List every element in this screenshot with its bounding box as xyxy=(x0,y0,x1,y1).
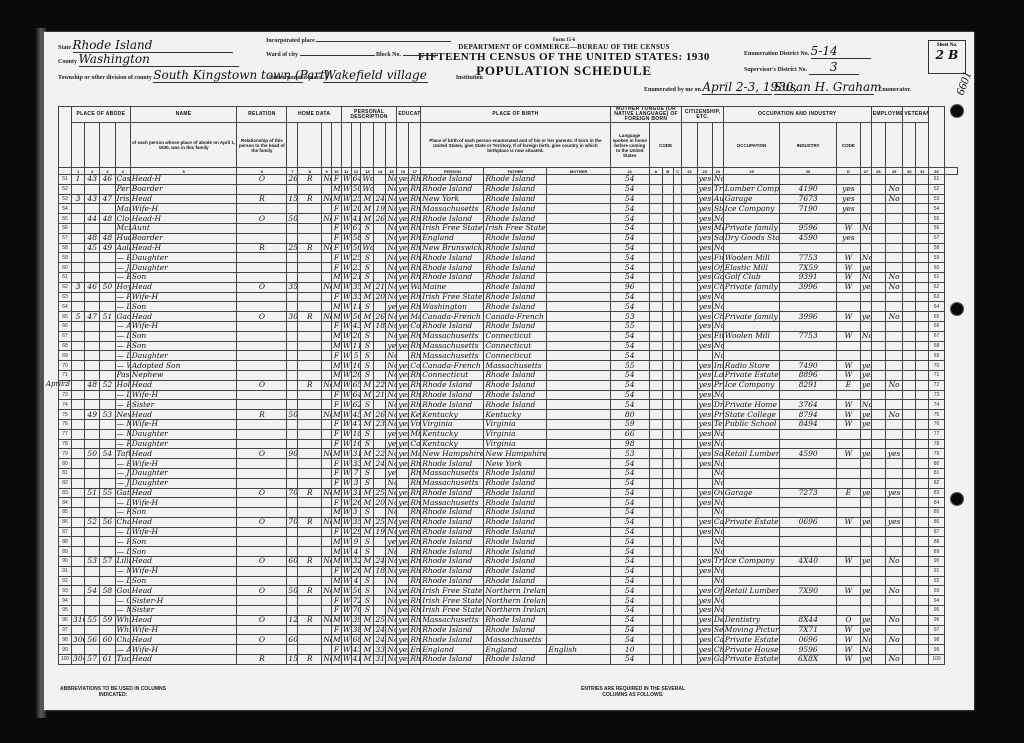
cell-fam xyxy=(85,596,100,606)
cell-occode xyxy=(780,478,837,488)
cell-race: W xyxy=(341,459,351,469)
empty-cell xyxy=(903,498,916,508)
cell-ms: M xyxy=(361,282,374,292)
cell-sex: F xyxy=(332,390,342,400)
cell-occ: Carpenter xyxy=(712,517,723,527)
empty-cell xyxy=(871,498,885,508)
empty-cell xyxy=(662,566,673,576)
cell-fam: 57 xyxy=(85,655,100,665)
cell-farm: No xyxy=(322,312,332,322)
cell-emp: yes xyxy=(697,596,712,606)
cell-v: 59 xyxy=(100,615,115,625)
cell-vet xyxy=(885,498,902,508)
cell-ms: M xyxy=(361,488,374,498)
cell-occ: None xyxy=(712,498,723,508)
cell-fam xyxy=(85,527,100,537)
empty-cell xyxy=(662,331,673,341)
cell-line-right: 81 xyxy=(929,468,944,478)
cell-agem xyxy=(374,351,386,361)
col-desc-language: Language spoken in home before coming to… xyxy=(610,123,649,168)
cell-fam xyxy=(85,223,100,233)
cell-fbp: Rhode Island xyxy=(421,635,484,645)
cell-bp: Rhode Island xyxy=(409,625,421,635)
cell-race: W xyxy=(341,214,351,224)
cell-sex: F xyxy=(332,419,342,429)
empty-cell xyxy=(649,272,662,282)
cell-vet xyxy=(885,292,902,302)
cell-race: W xyxy=(341,302,351,312)
cell-ind: Moving Pictures xyxy=(723,625,780,635)
cell-name: — Pierce B. xyxy=(115,537,130,547)
cell-age: 62 xyxy=(351,400,361,410)
cell-work xyxy=(836,214,860,224)
cell-read: yes xyxy=(397,253,409,263)
cell-occode: 7273 xyxy=(780,488,837,498)
empty-cell xyxy=(903,596,916,606)
cell-work xyxy=(836,596,860,606)
cell-line-right: 65 xyxy=(929,312,944,322)
cell-ind: Dry Goods Store xyxy=(723,233,780,243)
cell-line: 98 xyxy=(59,635,72,645)
cell-lang xyxy=(547,537,610,547)
cell-occ: Secretary xyxy=(712,625,723,635)
table-row: 95— Mary A.SisterFW70SNoyesRhode IslandI… xyxy=(59,606,958,616)
cell-mbp: Rhode Island xyxy=(484,282,547,292)
cell-line-right: 59 xyxy=(929,253,944,263)
cell-line-right: 66 xyxy=(929,321,944,331)
cell-age: 38 xyxy=(351,625,361,635)
empty-cell xyxy=(662,606,673,616)
cell-radio xyxy=(298,606,322,616)
empty-cell xyxy=(662,488,673,498)
cell-unemp xyxy=(860,184,871,194)
cell-code: 54 xyxy=(610,253,649,263)
cell-work: W xyxy=(836,410,860,420)
cell-line-right: 78 xyxy=(929,439,944,449)
cell-race: W xyxy=(341,370,351,380)
cell-sch: No xyxy=(386,547,397,557)
cell-occode: 8896 xyxy=(780,370,837,380)
cell-own: O xyxy=(237,449,287,459)
cell-emp: yes xyxy=(697,223,712,233)
cell-age: 3 1/2 xyxy=(351,508,361,518)
cell-race: W xyxy=(341,341,351,351)
cell-mbp: Canada-French xyxy=(484,312,547,322)
empty-cell xyxy=(682,439,697,449)
cell-name: — Dale R. xyxy=(115,547,130,557)
cell-emp: yes xyxy=(697,361,712,371)
cell-sex: F xyxy=(332,223,342,233)
cell-occ: None xyxy=(712,527,723,537)
cell-vet xyxy=(885,370,902,380)
cell-occode xyxy=(780,390,837,400)
cell-sch: yes xyxy=(386,341,397,351)
cell-ms: M xyxy=(361,204,374,214)
cell-radio xyxy=(298,527,322,537)
empty-cell xyxy=(916,214,929,224)
empty-cell xyxy=(673,341,682,351)
cell-race: W xyxy=(341,380,351,390)
cell-read: yes xyxy=(397,204,409,214)
cell-code: 54 xyxy=(610,517,649,527)
empty-cell xyxy=(682,429,697,439)
cell-unemp xyxy=(860,439,871,449)
cell-line: 53 xyxy=(59,194,72,204)
cell-own xyxy=(237,341,287,351)
cell-ms: S xyxy=(361,596,374,606)
empty-cell xyxy=(903,272,916,282)
cell-lang xyxy=(547,175,610,185)
cell-fbp: Rhode Island xyxy=(421,566,484,576)
cell-work xyxy=(836,243,860,253)
cell-vet: No xyxy=(885,635,902,645)
cell-farm: No xyxy=(322,449,332,459)
cell-line-right: 86 xyxy=(929,517,944,527)
empty-cell xyxy=(662,449,673,459)
cell-radio xyxy=(298,566,322,576)
cell-code: 54 xyxy=(610,468,649,478)
empty-cell xyxy=(903,223,916,233)
cell-mbp: Rhode Island xyxy=(484,184,547,194)
cell-ms: M xyxy=(361,498,374,508)
cell-age: 64 xyxy=(351,175,361,185)
cell-farm xyxy=(322,478,332,488)
empty-cell xyxy=(916,223,929,233)
empty-cell xyxy=(682,527,697,537)
cell-farm xyxy=(322,527,332,537)
cell-own xyxy=(237,390,287,400)
empty-cell xyxy=(649,351,662,361)
cell-ms: S xyxy=(361,253,374,263)
empty-cell xyxy=(903,243,916,253)
cell-code: 66 xyxy=(610,429,649,439)
empty-cell xyxy=(903,351,916,361)
cell-val xyxy=(287,537,298,547)
cell-occ: None xyxy=(712,341,723,351)
empty-cell xyxy=(649,488,662,498)
cell-dw xyxy=(72,547,85,557)
cell-work: W xyxy=(836,586,860,596)
cell-age: 3 xyxy=(351,478,361,488)
cell-v xyxy=(100,508,115,518)
empty-cell xyxy=(649,566,662,576)
table-row: 52Perry Louis C.BoarderMW50WdNoyesRhode … xyxy=(59,184,958,194)
cell-work: W xyxy=(836,272,860,282)
cell-race: W xyxy=(341,439,351,449)
cell-code: 54 xyxy=(610,390,649,400)
cell-line: 90 xyxy=(59,557,72,567)
cell-line-right: 91 xyxy=(929,566,944,576)
empty-cell xyxy=(871,606,885,616)
cell-ms: M xyxy=(361,615,374,625)
cell-mbp: Rhode Island xyxy=(484,566,547,576)
cell-vet xyxy=(885,233,902,243)
cell-occ: Saleswoman xyxy=(712,233,723,243)
cell-sch: No xyxy=(386,223,397,233)
cell-ind: Private House xyxy=(723,645,780,655)
empty-cell xyxy=(871,439,885,449)
cell-dw xyxy=(72,429,85,439)
cell-ms: M xyxy=(361,419,374,429)
cell-agem: 20 xyxy=(374,498,386,508)
cell-age: 58 xyxy=(351,233,361,243)
cell-rel: Daughter xyxy=(130,253,237,263)
binder-hole xyxy=(950,492,964,506)
cell-bp: Rhode Island xyxy=(409,175,421,185)
empty-cell xyxy=(682,655,697,665)
cell-ms: S xyxy=(361,302,374,312)
cell-bp: Rhode Island xyxy=(409,223,421,233)
cell-mbp: Rhode Island xyxy=(484,478,547,488)
cell-fbp: Kentucky xyxy=(421,429,484,439)
cell-age: 16 xyxy=(351,361,361,371)
cell-val xyxy=(287,468,298,478)
cell-radio xyxy=(298,214,322,224)
cell-val xyxy=(287,341,298,351)
cell-agem xyxy=(374,184,386,194)
cell-bp: Rhode Island xyxy=(409,204,421,214)
cell-read: yes xyxy=(397,380,409,390)
cell-fbp: New Brunswick xyxy=(421,243,484,253)
table-row: 60— Josephine W.DaughterFW23SNoyesRhode … xyxy=(59,263,958,273)
cell-unemp: No xyxy=(860,635,871,645)
cell-sch: No xyxy=(386,576,397,586)
cell-v: 55 xyxy=(100,488,115,498)
col-group-citizenship: CITIZENSHIP, ETC. xyxy=(682,107,723,123)
cell-occode: 3996 xyxy=(780,282,837,292)
cell-line-right: 60 xyxy=(929,263,944,273)
cell-code: 53 xyxy=(610,449,649,459)
cell-own xyxy=(237,498,287,508)
cell-code: 54 xyxy=(610,606,649,616)
empty-cell xyxy=(649,576,662,586)
cell-code: 80 xyxy=(610,410,649,420)
table-row: 795054Taft Richard C.HeadO9000NoMW31M22N… xyxy=(59,449,958,459)
cell-vet: No xyxy=(885,410,902,420)
empty-cell xyxy=(673,272,682,282)
cell-age: 20 xyxy=(351,204,361,214)
cell-line: 99 xyxy=(59,645,72,655)
cell-sch: yes xyxy=(386,537,397,547)
cell-name: — Dorothy P. xyxy=(115,527,130,537)
cell-own xyxy=(237,527,287,537)
empty-cell xyxy=(682,400,697,410)
cell-dw: 3 xyxy=(72,282,85,292)
cell-work: W xyxy=(836,625,860,635)
cell-race: W xyxy=(341,223,351,233)
cell-farm: No xyxy=(322,175,332,185)
cell-dw xyxy=(72,321,85,331)
cell-emp: yes xyxy=(697,400,712,410)
cell-fam xyxy=(85,321,100,331)
cell-bp: Rhode Island xyxy=(409,635,421,645)
cell-ind xyxy=(723,596,780,606)
cell-ind: Elastic Mill xyxy=(723,263,780,273)
cell-rel: Head xyxy=(130,282,237,292)
cell-sex: M xyxy=(332,488,342,498)
cell-rel: Adopted Son xyxy=(130,361,237,371)
cell-radio: R xyxy=(298,615,322,625)
cell-work xyxy=(836,459,860,469)
empty-cell xyxy=(903,419,916,429)
cell-bp: Washington xyxy=(409,282,421,292)
cell-line: 100 xyxy=(59,655,72,665)
cell-rel: Son xyxy=(130,341,237,351)
margin-note-date: April 3 xyxy=(46,380,70,388)
cell-read: yes xyxy=(397,214,409,224)
cell-unemp: yes xyxy=(860,380,871,390)
cell-farm xyxy=(322,263,332,273)
cell-line-right: 92 xyxy=(929,576,944,586)
cell-mbp: Rhode Island xyxy=(484,263,547,273)
cell-ind: Public School xyxy=(723,419,780,429)
cell-read: yes xyxy=(397,272,409,282)
cell-radio xyxy=(298,547,322,557)
cell-line: 93 xyxy=(59,586,72,596)
empty-cell xyxy=(662,429,673,439)
cell-rel: Head xyxy=(130,557,237,567)
cell-rel: Daughter xyxy=(130,351,237,361)
cell-line: 54 xyxy=(59,204,72,214)
cell-fbp: Kentucky xyxy=(421,410,484,420)
cell-ind: Private Estate xyxy=(723,517,780,527)
cell-emp: yes xyxy=(697,272,712,282)
cell-unemp xyxy=(860,537,871,547)
cell-v: 49 xyxy=(100,243,115,253)
cell-rel: Wife-H xyxy=(130,625,237,635)
cell-val: 15 xyxy=(287,194,298,204)
cell-line-right: 93 xyxy=(929,586,944,596)
empty-cell xyxy=(903,390,916,400)
empty-cell xyxy=(916,253,929,263)
cell-val xyxy=(287,645,298,655)
cell-val xyxy=(287,253,298,263)
empty-cell xyxy=(916,429,929,439)
cell-v: 60 xyxy=(100,635,115,645)
cell-farm xyxy=(322,429,332,439)
cell-fbp: Rhode Island xyxy=(421,175,484,185)
empty-cell xyxy=(682,390,697,400)
cell-age: 39 xyxy=(351,615,361,625)
cell-line-right: 58 xyxy=(929,243,944,253)
cell-fam xyxy=(85,341,100,351)
cell-bp: Rhode Island xyxy=(409,390,421,400)
empty-cell xyxy=(871,400,885,410)
empty-cell xyxy=(871,184,885,194)
cell-fam xyxy=(85,351,100,361)
cell-emp: yes xyxy=(697,566,712,576)
cell-name: Perry Louis C. xyxy=(115,184,130,194)
cell-bp: Rhode Island xyxy=(409,253,421,263)
cell-agem: 33 xyxy=(374,645,386,655)
cell-agem: 24 xyxy=(374,625,386,635)
cell-val xyxy=(287,596,298,606)
empty-cell xyxy=(871,459,885,469)
cell-rel: Head xyxy=(130,380,237,390)
cell-own: O xyxy=(237,586,287,596)
cell-bp: Rhode Island xyxy=(409,537,421,547)
cell-occode: 4X40 xyxy=(780,557,837,567)
empty-cell xyxy=(871,204,885,214)
cell-ind: Garage xyxy=(723,194,780,204)
empty-cell xyxy=(903,410,916,420)
cell-lang xyxy=(547,508,610,518)
cell-agem xyxy=(374,302,386,312)
cell-farm xyxy=(322,625,332,635)
cell-read: yes xyxy=(397,263,409,273)
cell-line: 88 xyxy=(59,537,72,547)
cell-occ: Child Nurse xyxy=(712,645,723,655)
abbreviations-heading: ABBREVIATIONS TO BE USED IN COLUMNS INDI… xyxy=(58,686,168,698)
cell-emp xyxy=(697,547,712,557)
cell-fbp: Irish Free State xyxy=(421,606,484,616)
cell-fam: 49 xyxy=(85,410,100,420)
cell-agem xyxy=(374,253,386,263)
empty-cell xyxy=(673,557,682,567)
cell-line-right: 88 xyxy=(929,537,944,547)
cell-fbp: Rhode Island xyxy=(421,537,484,547)
cell-fam xyxy=(85,253,100,263)
cell-bp: Rhode Island xyxy=(409,468,421,478)
empty-cell xyxy=(871,429,885,439)
cell-fbp: England xyxy=(421,645,484,655)
cell-v: 46 xyxy=(100,175,115,185)
cell-line-right: 99 xyxy=(929,645,944,655)
cell-fam: 45 xyxy=(85,243,100,253)
cell-ind xyxy=(723,302,780,312)
empty-cell xyxy=(673,233,682,243)
empty-cell xyxy=(916,645,929,655)
empty-cell xyxy=(662,312,673,322)
cell-val: 6000 xyxy=(287,557,298,567)
form-title-block: Form 15-6 DEPARTMENT OF COMMERCE—BUREAU … xyxy=(404,38,724,79)
empty-cell xyxy=(916,390,929,400)
cell-bp: Connecticut xyxy=(409,321,421,331)
empty-cell xyxy=(903,263,916,273)
cell-val: 12000 xyxy=(287,615,298,625)
cell-dw xyxy=(72,223,85,233)
cell-fbp: Rhode Island xyxy=(421,517,484,527)
empty-cell xyxy=(649,645,662,655)
cell-vet xyxy=(885,459,902,469)
cell-line: 77 xyxy=(59,429,72,439)
empty-cell xyxy=(682,449,697,459)
cell-vet xyxy=(885,596,902,606)
empty-cell xyxy=(916,341,929,351)
empty-cell xyxy=(662,508,673,518)
cell-farm: No xyxy=(322,517,332,527)
cell-age: 56 xyxy=(351,586,361,596)
empty-cell xyxy=(903,557,916,567)
cell-race: W xyxy=(341,635,351,645)
cell-vet xyxy=(885,263,902,273)
cell-read: yes xyxy=(397,606,409,616)
empty-cell xyxy=(916,596,929,606)
cell-age: 35 xyxy=(351,517,361,527)
cell-occode: 0696 xyxy=(780,517,837,527)
cell-agem: 24 xyxy=(374,635,386,645)
cell-vet xyxy=(885,527,902,537)
cell-age: 25 xyxy=(351,253,361,263)
enumerator-name: Susan H. Graham xyxy=(774,80,874,95)
empty-cell xyxy=(649,439,662,449)
cell-sex: F xyxy=(332,596,342,606)
empty-cell xyxy=(682,223,697,233)
cell-fam xyxy=(85,537,100,547)
cell-own: R xyxy=(237,243,287,253)
cell-line-right: 89 xyxy=(929,547,944,557)
cell-emp: yes xyxy=(697,341,712,351)
